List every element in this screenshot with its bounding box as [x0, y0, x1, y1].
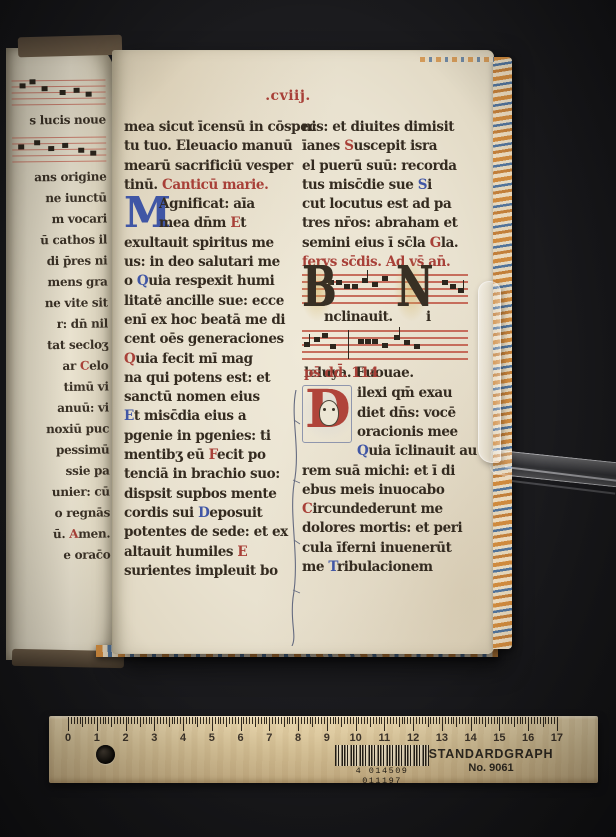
ruler-tick — [310, 717, 311, 724]
page-holder-clip-vertical — [478, 281, 501, 463]
note-stem — [367, 270, 368, 280]
facing-page-text-line: ū cathos il — [13, 230, 107, 252]
facing-page-text-line: ū. Amen. — [16, 523, 110, 545]
ruler-tick — [266, 717, 267, 724]
ruler-number: 6 — [237, 732, 243, 744]
ruler-tick — [203, 717, 204, 724]
ruler-tick — [476, 717, 477, 724]
text-segment: men. — [78, 526, 110, 540]
ruler-tick — [335, 717, 336, 724]
ruler-tick — [117, 717, 118, 724]
text-segment: E — [230, 215, 240, 231]
manuscript-text-line: Circundederunt me — [302, 500, 472, 519]
facing-page-text-line: tat secloʒ — [14, 335, 108, 357]
ruler-tick — [379, 717, 380, 724]
text-segment: E — [124, 408, 134, 424]
ruler-tick — [327, 717, 328, 731]
facing-page-edge: s lucis noueans originene iunctūm vocari… — [6, 48, 124, 660]
music-note — [90, 151, 96, 156]
music-note — [42, 86, 48, 91]
ruler-tick — [105, 717, 106, 724]
manuscript-text-line: us: in deo salutari me — [124, 253, 294, 272]
note-stem — [463, 280, 464, 290]
ruler-tick — [120, 717, 121, 724]
ruler-tick — [462, 717, 463, 724]
ruler-tick — [229, 717, 230, 724]
ruler-tick — [413, 717, 414, 731]
music-note — [322, 333, 328, 338]
barcode-number: 4 014509 011197 — [335, 766, 429, 786]
music-note — [358, 339, 364, 344]
ruler-number: 5 — [209, 732, 215, 744]
ruler-tick — [243, 717, 244, 724]
facing-page-text-line: ans origine — [12, 167, 106, 189]
staff-line — [302, 358, 468, 359]
ruler-number: 4 — [180, 732, 186, 744]
ruler-number: 13 — [436, 732, 448, 744]
text-segment: ircundederunt me — [312, 501, 442, 517]
ruler-tick — [511, 717, 512, 724]
text-segment: ne vite sit — [45, 296, 108, 311]
manuscript-text-line: cula īferni inuenerūt — [302, 539, 472, 558]
ruler-tick — [318, 717, 319, 724]
ruler-tick — [471, 717, 472, 731]
cadel-initial-N: N — [396, 259, 433, 315]
illuminated-initial-M: M — [124, 195, 156, 232]
ruler-tick — [235, 717, 236, 724]
facing-page-text-line: di p̄res ni — [13, 251, 107, 273]
ruler-tick — [545, 717, 546, 724]
ruler-tick — [149, 717, 150, 724]
facing-page-text-line: m vocari — [13, 209, 107, 231]
ruler-tick — [439, 717, 440, 724]
text-segment: Q — [137, 273, 148, 289]
manuscript-text-line: tinū. Canticū marie. — [124, 176, 294, 195]
text-segment: enī ex hoc beatā me di — [124, 312, 285, 328]
ruler-tick — [68, 717, 69, 731]
ruler-tick — [174, 717, 175, 724]
ruler-tick — [209, 717, 210, 724]
ruler-tick — [341, 717, 342, 727]
text-segment: Q — [124, 351, 135, 367]
text-segment: mea sicut īcensū in cōspec — [124, 119, 316, 135]
ruler-tick — [74, 717, 75, 724]
ruler-tick — [91, 717, 92, 724]
music-note — [414, 344, 420, 349]
ruler-tick — [289, 717, 290, 724]
ruler-tick — [534, 717, 535, 724]
ruler-tick — [433, 717, 434, 724]
ruler-tick — [554, 717, 555, 724]
book-cover-edge-top — [18, 35, 122, 58]
text-segment: A — [69, 527, 78, 541]
ruler-tick — [166, 717, 167, 724]
ruler-tick — [163, 717, 164, 724]
music-note — [442, 280, 448, 285]
facing-page-music-fragment — [12, 134, 106, 165]
ruler-tick — [356, 717, 357, 731]
music-note — [382, 276, 388, 281]
ruler-tick — [373, 717, 374, 724]
ruler-tick — [381, 717, 382, 724]
facing-page-text-line: mens gra — [13, 272, 107, 294]
staff-line — [302, 351, 468, 352]
ruler-tick — [428, 717, 429, 727]
ruler-tick — [543, 717, 544, 727]
ruler-tick — [488, 717, 489, 724]
ruler-tick — [390, 717, 391, 724]
ruler-tick — [502, 717, 503, 724]
music-note — [18, 144, 24, 149]
text-segment: altauit humiles — [124, 544, 237, 560]
text-segment: Q — [357, 443, 368, 459]
ruler-tick — [531, 717, 532, 724]
ruler-hole — [96, 745, 115, 764]
text-segment: s lucis noue — [29, 113, 106, 128]
text-segment: m vocari — [51, 212, 107, 227]
ruler-number: 0 — [65, 732, 71, 744]
text-segment: cordis sui — [124, 505, 198, 521]
facing-page-text-line: unier: cū — [16, 481, 110, 503]
ruler-number: 9 — [324, 732, 330, 744]
facing-page-text-line: s lucis noue — [12, 110, 106, 132]
ruler-tick — [80, 717, 81, 724]
music-stave — [302, 328, 468, 362]
staff-line — [12, 137, 106, 139]
ruler-tick — [177, 717, 178, 724]
ruler-tick — [232, 717, 233, 724]
manuscript-text-line: exultauit spiritus me — [124, 234, 294, 253]
ruler-tick — [540, 717, 541, 724]
ruler-tick — [241, 717, 242, 731]
ruler-tick — [442, 717, 443, 731]
text-segment: tinū. — [124, 177, 162, 193]
ruler-tick — [220, 717, 221, 724]
manuscript-photograph-scene: s lucis noueans originene iunctūm vocari… — [0, 0, 616, 837]
text-segment: uia fecit mī mag — [135, 351, 252, 367]
text-segment: uia īclinauit au — [368, 443, 477, 459]
staff-line — [302, 330, 468, 331]
ruler-tick — [284, 717, 285, 727]
ruler-tick — [223, 717, 224, 724]
ruler-tick — [287, 717, 288, 724]
ruler-tick — [269, 717, 270, 731]
ruler-tick — [160, 717, 161, 724]
ruler-tick — [520, 717, 521, 724]
barcode-bars — [335, 745, 429, 766]
music-note — [404, 340, 410, 345]
ruler-tick — [505, 717, 506, 724]
manuscript-text-line: Et misc̄dia eius a — [124, 407, 294, 426]
ruler-tick — [172, 717, 173, 724]
ruler-tick — [128, 717, 129, 724]
text-segment: pessimū — [56, 443, 110, 458]
ruler-tick — [494, 717, 495, 724]
ruler-tick — [387, 717, 388, 724]
ruler-tick — [111, 717, 112, 727]
music-note — [394, 335, 400, 340]
ruler-tick — [151, 717, 152, 724]
text-segment: tu tuo. Eleuacio manuū — [124, 138, 292, 154]
ruler-tick — [402, 717, 403, 724]
ruler-number: 8 — [295, 732, 301, 744]
text-segment: ecit po — [217, 447, 266, 463]
ruler-tick — [261, 717, 262, 724]
ruler-tick — [425, 717, 426, 724]
ruler-tick — [131, 717, 132, 724]
music-note — [78, 148, 84, 153]
ruler-tick — [479, 717, 480, 724]
ruler-number: 2 — [122, 732, 128, 744]
ruler-tick — [157, 717, 158, 724]
text-segment: el puerū suū: recorda — [302, 158, 457, 174]
ruler-tick — [344, 717, 345, 724]
text-segment: uia respexit humi — [148, 273, 274, 289]
ruler-tick — [249, 717, 250, 724]
manuscript-text-line: litatē ancille sue: ecce — [124, 292, 294, 311]
text-segment: ssie pa — [66, 463, 110, 477]
ruler-tick — [315, 717, 316, 724]
ruler-number: 10 — [349, 732, 361, 744]
text-segment: sanctū nomen eius — [124, 389, 260, 405]
ruler-tick — [215, 717, 216, 724]
manuscript-text-line: mea sicut īcensū in cōspec — [124, 118, 294, 137]
ruler-tick — [126, 717, 127, 731]
text-segment: unier: cū — [52, 484, 110, 499]
ruler-tick — [218, 717, 219, 724]
ruler-tick — [517, 717, 518, 724]
text-segment: cula īferni inuenerūt — [302, 540, 451, 556]
ruler-tick — [445, 717, 446, 724]
ruler-tick — [146, 717, 147, 724]
ruler-tick — [448, 717, 449, 724]
music-note — [330, 344, 336, 349]
ruler-tick — [528, 717, 529, 731]
text-segment: tus misc̄die sue — [302, 177, 418, 193]
text-segment: Canticū marie. — [162, 177, 268, 193]
text-segment: mentibʒ eū — [124, 447, 209, 463]
music-note — [74, 88, 80, 93]
ruler-tick — [384, 717, 385, 731]
text-segment: C — [80, 359, 89, 373]
ruler-tick — [238, 717, 239, 724]
note-stem — [399, 327, 400, 337]
ruler-tick — [278, 717, 279, 724]
ruler-tick — [468, 717, 469, 724]
ruler-tick — [499, 717, 500, 731]
ruler-tick — [169, 717, 170, 727]
ruler-number: 17 — [551, 732, 563, 744]
music-note — [458, 288, 464, 293]
ruler-tick — [264, 717, 265, 724]
ruler-number: 11 — [379, 732, 391, 744]
music-note — [365, 339, 371, 344]
text-segment: S — [418, 177, 427, 193]
ruler-number: 7 — [266, 732, 272, 744]
text-segment: cut locutus est ad pa — [302, 196, 451, 212]
music-note — [48, 146, 54, 151]
ruler-tick — [100, 717, 101, 724]
ruler-tick — [364, 717, 365, 724]
ruler-tick — [212, 717, 213, 731]
ruler-tick — [453, 717, 454, 724]
ruler-tick — [206, 717, 207, 724]
ruler-tick — [77, 717, 78, 724]
ruler-tick — [114, 717, 115, 724]
text-segment: t — [240, 215, 246, 231]
manuscript-text-line: altauit humiles E — [124, 543, 294, 562]
ruler-tick — [180, 717, 181, 724]
text-segment: dispsit supbos mente — [124, 486, 276, 502]
staff-line — [12, 143, 106, 145]
text-segment: pgenie in pgenies: ti — [124, 428, 271, 444]
text-segment: ebus meis inuocabo — [302, 482, 444, 498]
text-segment: na qui potens est: et — [124, 370, 270, 386]
ruler-tick — [347, 717, 348, 724]
manuscript-text-line: surientes impleuit bo — [124, 562, 294, 581]
lyric-text: nclinauit. — [324, 308, 393, 327]
ruler-tick — [393, 717, 394, 724]
music-note — [86, 92, 92, 97]
ruler-tick — [307, 717, 308, 724]
ruler-tick — [195, 717, 196, 724]
manuscript-text-line: dolores mortis: et peri — [302, 519, 472, 538]
facing-page-text-fragments: s lucis noueans originene iunctūm vocari… — [11, 74, 110, 567]
stave-bar-line — [348, 330, 349, 359]
text-segment: t misc̄dia eius a — [134, 408, 246, 424]
ruler-tick — [301, 717, 302, 724]
music-note — [34, 140, 40, 145]
manuscript-text-line: pgenie in pgenies: ti — [124, 427, 294, 446]
facing-page-text-line: noxiū puc — [15, 419, 109, 441]
text-segment: nis: et diuites dimisit — [302, 119, 454, 135]
manuscript-text-line: Quia īclinauit au — [302, 442, 472, 461]
manuscript-text-line: tres nr̄os: abraham et — [302, 214, 472, 233]
text-segment: mea dn̄m — [159, 215, 230, 231]
manuscript-text-line: cut locutus est ad pa — [302, 195, 472, 214]
music-note — [62, 143, 68, 148]
text-segment: tat secloʒ — [47, 338, 108, 353]
text-segment: ar — [62, 359, 80, 373]
ruler-tick — [252, 717, 253, 724]
ruler-number: 16 — [522, 732, 534, 744]
text-segment: tres nr̄os: abraham et — [302, 215, 457, 231]
cadel-initial-B: B — [302, 259, 336, 315]
facing-page-text-line: timū vi — [15, 377, 109, 399]
text-segment: S — [344, 138, 353, 154]
ruler-tick — [183, 717, 184, 731]
text-segment: ans origine — [34, 170, 106, 185]
ruler-tick — [407, 717, 408, 724]
manuscript-text-line: dispsit supbos mente — [124, 485, 294, 504]
text-segment: i — [427, 177, 432, 193]
ruler-tick — [186, 717, 187, 724]
ruler-tick — [330, 717, 331, 724]
facing-page-text-line: o regnās — [16, 502, 110, 524]
text-segment: cent oēs generaciones — [124, 331, 284, 347]
ruler-tick — [298, 717, 299, 731]
staff-line — [12, 98, 106, 100]
text-segment: ū. — [53, 527, 69, 541]
ruler-tick — [333, 717, 334, 724]
text-segment: mearū sacrificiū vesper — [124, 158, 293, 174]
text-segment: F — [209, 447, 217, 463]
ruler-tick — [399, 717, 400, 727]
staff-line — [12, 86, 106, 88]
manuscript-text-line: tu tuo. Eleuacio manuū — [124, 137, 294, 156]
ruler-tick — [459, 717, 460, 724]
text-segment: T — [328, 559, 337, 575]
ruler-tick — [367, 717, 368, 724]
ruler-tick — [557, 717, 558, 731]
ruler-tick — [419, 717, 420, 724]
text-segment: ribulacionem — [337, 559, 433, 575]
text-segment: E — [237, 544, 247, 560]
music-note — [344, 284, 350, 289]
lyric-text: i — [426, 308, 431, 327]
ruler-tick — [422, 717, 423, 724]
ruler-tick — [134, 717, 135, 724]
ruler-tick — [551, 717, 552, 724]
facing-page-text-line: r: dn̄ nil — [14, 314, 108, 336]
facing-page-text-line: e orac̄o — [16, 544, 110, 566]
text-segment: r: dn̄ nil — [57, 317, 109, 332]
ruler-tick — [71, 717, 72, 724]
ruler-tick — [525, 717, 526, 724]
ruler-tick — [85, 717, 86, 724]
manuscript-text-line: tenciā in brachio suo: — [124, 465, 294, 484]
ruler-tick — [358, 717, 359, 724]
ruler-tick — [140, 717, 141, 727]
text-segment: la. — [441, 235, 458, 251]
ruler-tick — [321, 717, 322, 724]
text-segment: semini eius ī sc̄la — [302, 235, 430, 251]
ruler-tick — [376, 717, 377, 724]
facing-page-text-line: ne vite sit — [14, 293, 108, 315]
barcode: 4 014509 011197 — [335, 745, 429, 775]
ruler-tick — [465, 717, 466, 724]
text-segment: eposuit — [209, 505, 262, 521]
ruler-tick — [537, 717, 538, 724]
ruler-tick — [410, 717, 411, 724]
ruler-tick — [514, 717, 515, 727]
ruler-tick — [312, 717, 313, 727]
manuscript-text-line: Dilexi qm̄ exau — [302, 384, 472, 403]
ruler-tick — [522, 717, 523, 724]
ruler-tick — [189, 717, 190, 724]
facing-page-text-line: ssie pa — [15, 461, 109, 483]
music-note — [372, 339, 378, 344]
ruler-tick — [304, 717, 305, 724]
manuscript-text-line: ebus meis inuocabo — [302, 481, 472, 500]
text-segment: ne iunctū — [45, 191, 107, 206]
facing-page-text-line: pessimū — [15, 440, 109, 462]
text-segment: o — [124, 273, 137, 289]
text-segment: diet dn̄s: vocē — [357, 405, 456, 421]
pen-flourish — [286, 390, 306, 646]
ruler-tick — [108, 717, 109, 724]
music-stave: BN — [302, 272, 468, 306]
note-stem — [309, 334, 310, 344]
music-note — [29, 79, 35, 84]
ruler-tick — [197, 717, 198, 727]
manuscript-text-line: cordis sui Deposuit — [124, 504, 294, 523]
ruler-tick — [491, 717, 492, 724]
ruler-number: 12 — [407, 732, 419, 744]
ruler-model: No. 9061 — [421, 762, 561, 774]
text-segment: īanes — [302, 138, 344, 154]
text-segment: ū cathos il — [40, 233, 107, 248]
